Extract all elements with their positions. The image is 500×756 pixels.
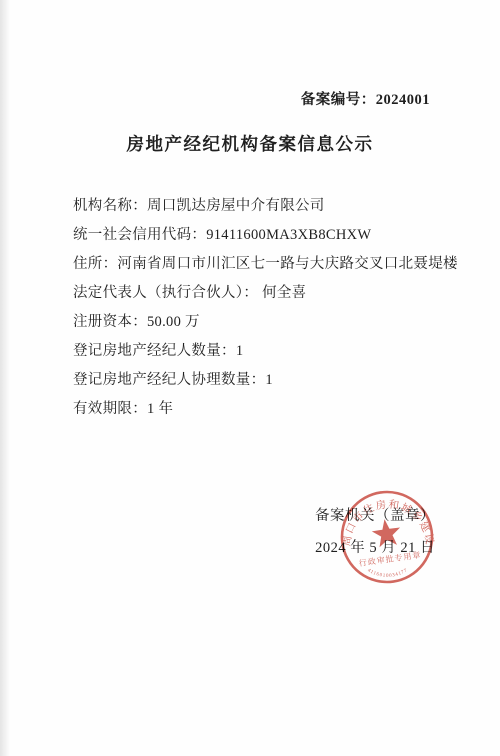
field-validity-period: 有效期限：1 年 [73, 395, 482, 424]
field-label: 统一社会信用代码： [73, 227, 206, 243]
field-value: 1 [236, 343, 244, 359]
field-value: 何全喜 [262, 285, 306, 301]
field-value: 91411600MA3XB8CHXW [206, 227, 371, 243]
scan-edge-shadow [0, 0, 10, 756]
document-page: 备案编号：2024001 房地产经纪机构备案信息公示 机构名称：周口凯达房屋中介… [0, 0, 500, 756]
page-title: 房地产经纪机构备案信息公示 [0, 131, 500, 156]
field-label: 注册资本： [73, 314, 147, 330]
field-label: 登记房地产经纪人数量： [73, 343, 236, 359]
field-label: 登记房地产经纪人协理数量： [73, 372, 265, 388]
field-label: 有效期限： [73, 401, 147, 417]
field-registered-capital: 注册资本：50.00 万 [73, 308, 482, 337]
field-value: 1 [265, 372, 273, 388]
field-label: 住所： [73, 256, 117, 272]
field-broker-assistant-count: 登记房地产经纪人协理数量：1 [73, 366, 482, 395]
field-list: 机构名称：周口凯达房屋中介有限公司 统一社会信用代码：91411600MA3XB… [73, 192, 482, 424]
field-value: 河南省周口市川汇区七一路与大庆路交叉口北聂堤楼 [117, 256, 457, 272]
filing-number-label: 备案编号： [301, 92, 376, 108]
field-label: 法定代表人（执行合伙人）： [73, 285, 262, 301]
field-org-name: 机构名称：周口凯达房屋中介有限公司 [73, 192, 482, 221]
filing-date-line: 2024 年 5 月 21 日 [315, 532, 435, 564]
filing-number-value: 2024001 [376, 92, 430, 108]
field-label: 机构名称： [73, 198, 147, 214]
field-value: 周口凯达房屋中介有限公司 [147, 198, 325, 214]
seal-serial: 4116010034177 [366, 563, 410, 582]
filing-authority-line: 备案机关（盖章） [315, 500, 435, 532]
footer-block: 备案机关（盖章） 2024 年 5 月 21 日 [315, 500, 435, 564]
field-address: 住所：河南省周口市川汇区七一路与大庆路交叉口北聂堤楼 [73, 250, 482, 279]
field-value: 50.00 万 [147, 314, 200, 330]
field-credit-code: 统一社会信用代码：91411600MA3XB8CHXW [73, 221, 482, 250]
seal-serial-holder: 4116010034177 [366, 563, 410, 582]
filing-number-line: 备案编号：2024001 [301, 88, 430, 109]
field-broker-count: 登记房地产经纪人数量：1 [73, 337, 482, 366]
field-value: 1 年 [147, 401, 173, 417]
field-legal-representative: 法定代表人（执行合伙人）： 何全喜 [73, 279, 482, 308]
